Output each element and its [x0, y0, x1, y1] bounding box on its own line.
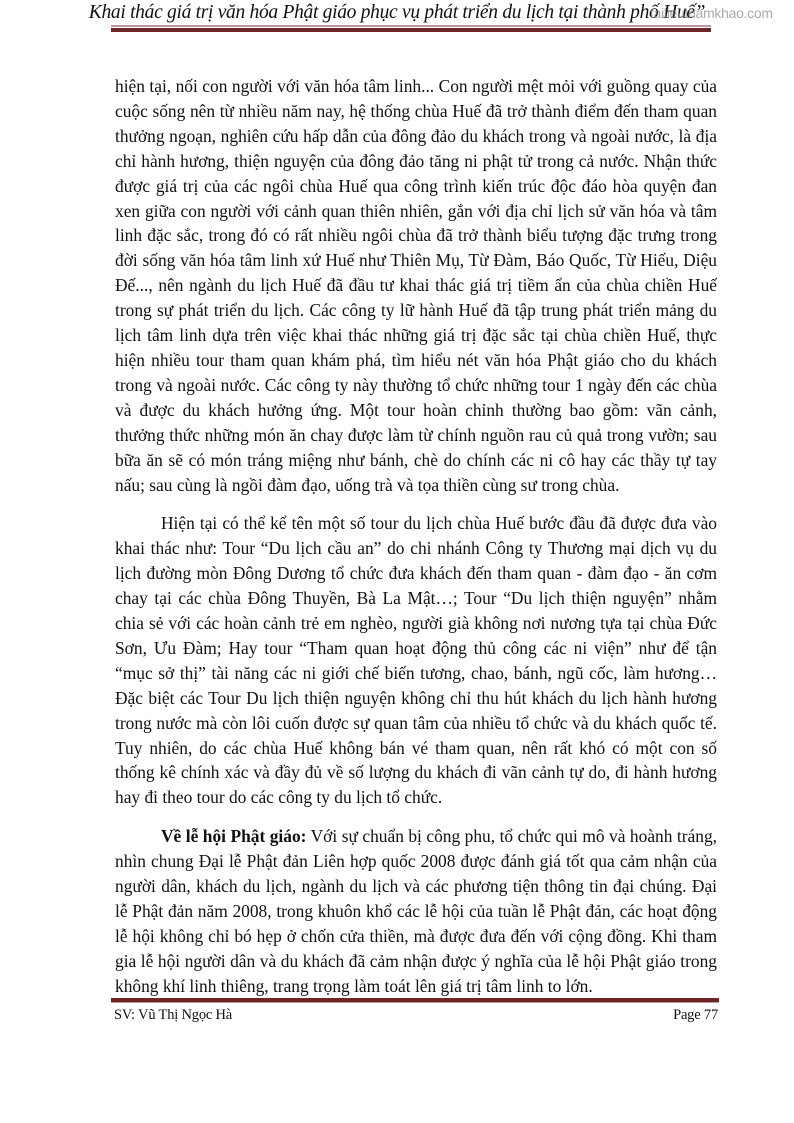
paragraph-3-lead: Về lễ hội Phật giáo:	[161, 826, 306, 846]
paragraph-2: Hiện tại có thể kể tên một số tour du lị…	[115, 511, 717, 810]
footer-divider	[111, 998, 719, 1004]
header-divider-thin	[111, 25, 711, 27]
page-number: Page 77	[673, 1006, 718, 1024]
watermark: tailieuthamkhao.com	[650, 5, 773, 21]
paragraph-3-text: Với sự chuẩn bị công phu, tổ chức qui mô…	[115, 826, 717, 995]
document-body: hiện tại, nối con người với văn hóa tâm …	[115, 74, 717, 999]
paragraph-1: hiện tại, nối con người với văn hóa tâm …	[115, 74, 717, 497]
footer-divider-thin	[111, 1002, 719, 1003]
paragraph-3: Về lễ hội Phật giáo: Với sự chuẩn bị côn…	[115, 824, 717, 998]
header-divider	[111, 25, 711, 32]
header-divider-thick	[111, 28, 711, 32]
footer-author: SV: Vũ Thị Ngọc Hà	[114, 1006, 232, 1024]
